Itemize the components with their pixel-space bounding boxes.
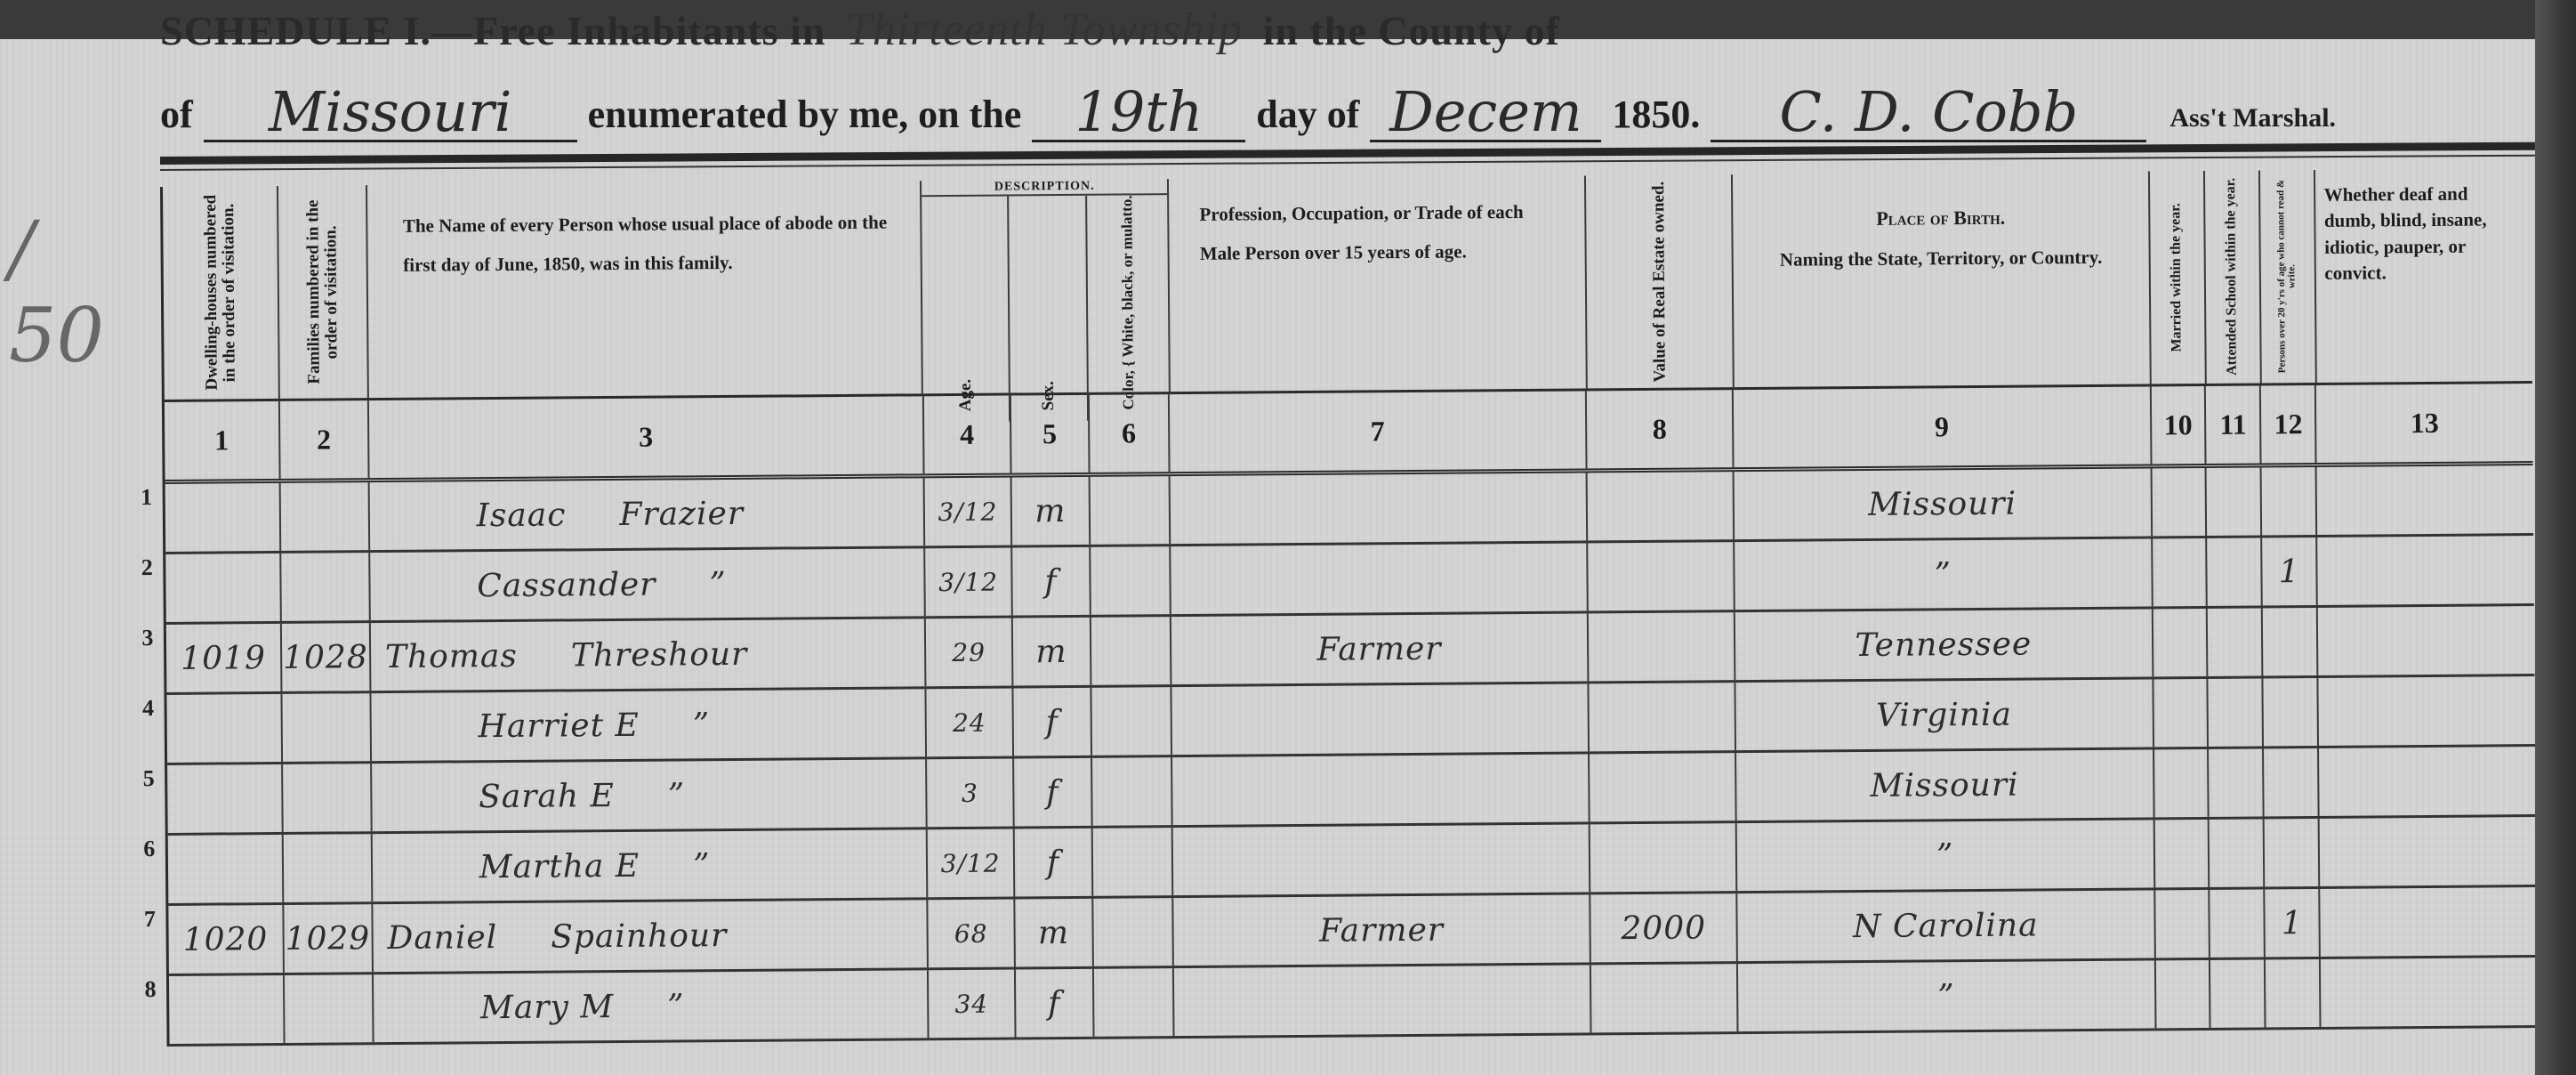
infirmity [2317, 465, 2533, 535]
person-name: Mary M” [374, 970, 930, 1042]
infirmity [2321, 887, 2537, 957]
family-number [284, 834, 373, 902]
illiterate-mark [2264, 678, 2320, 746]
col-number: 4 [924, 395, 1012, 473]
col-header-school: Attended School within the year. [2205, 170, 2262, 383]
col-header-infirmity: Whether deaf and dumb, blind, insane, id… [2314, 168, 2532, 383]
col-number: 1 [165, 401, 281, 480]
col-number: 9 [1734, 386, 2152, 467]
family-number [281, 553, 370, 621]
real-estate-value: 2000 [1591, 893, 1738, 962]
census-table: Dwelling-houses numbered in the order of… [160, 168, 2538, 1047]
township-handwritten: Thirteenth Township [846, 4, 1243, 55]
col-number: 8 [1587, 390, 1734, 468]
schedule-title: SCHEDULE I.—Free Inhabitants in [160, 8, 825, 53]
occupation: Farmer [1171, 613, 1590, 684]
col-header-married: Married within the year. [2150, 171, 2207, 384]
infirmity [2319, 676, 2535, 746]
of-label: of [160, 92, 193, 142]
married-mark [2154, 749, 2210, 817]
line-number: 2 [133, 554, 160, 581]
col-header-color: Color, { White, black, or mulatto. [1087, 195, 1169, 421]
given-name: Isaac [476, 497, 566, 534]
school-mark [2208, 608, 2264, 675]
surname: Threshour [571, 635, 748, 674]
col-header-illiterate: Persons over 20 y'rs of age who cannot r… [2260, 170, 2317, 383]
given-name: Mary M [480, 989, 615, 1026]
birthplace: N Carolina [1737, 890, 2155, 961]
illiterate-mark [2266, 959, 2322, 1027]
illiterate-mark: 1 [2263, 537, 2319, 605]
col-number: 6 [1090, 394, 1171, 473]
family-number [280, 482, 369, 551]
birthplace: ” [1735, 538, 2153, 610]
family-number [285, 974, 374, 1043]
line-number: 8 [137, 976, 164, 1003]
illiterate-mark [2264, 748, 2320, 816]
infirmity [2318, 606, 2534, 675]
line-number: 3 [134, 625, 161, 651]
real-estate-value [1590, 823, 1737, 892]
surname: ” [668, 777, 686, 813]
col-number: 5 [1011, 395, 1091, 473]
occupation: Farmer [1173, 894, 1591, 966]
birthplace: Tennessee [1735, 609, 2153, 680]
real-estate-value [1590, 753, 1736, 821]
married-mark [2153, 538, 2209, 606]
person-name: ThomasThreshour [371, 618, 927, 691]
given-name: Cassander [477, 566, 656, 604]
real-estate-value [1588, 542, 1735, 610]
occupation [1173, 824, 1591, 895]
enumerated-label: enumerated by me, on the [588, 92, 1022, 142]
dwelling-number [165, 483, 281, 552]
given-name: Daniel [387, 919, 497, 957]
col-number: 3 [369, 396, 925, 478]
birthplace: ” [1737, 820, 2155, 891]
sex: m [1015, 899, 1094, 967]
dwelling-number [169, 975, 285, 1044]
school-mark [2208, 537, 2264, 605]
day-of-label: day of [1256, 92, 1359, 142]
married-mark [2152, 468, 2208, 536]
married-mark [2154, 820, 2210, 887]
given-name: Sarah E [479, 778, 615, 815]
occupation [1171, 683, 1590, 755]
dwelling-number [167, 764, 283, 833]
col-header-family: Families numbered in the order of visita… [278, 185, 369, 399]
age: 3/12 [928, 828, 1015, 897]
real-estate-value [1590, 683, 1736, 751]
illiterate-mark [2263, 608, 2319, 675]
color [1091, 617, 1172, 685]
real-estate-value [1591, 964, 1738, 1032]
census-page: / 50 SCHEDULE I.—Free Inhabitants in Thi… [0, 0, 2535, 1075]
schedule-title-line: SCHEDULE I.—Free Inhabitants in Thirteen… [160, 4, 1560, 56]
infirmity [2317, 536, 2533, 605]
occupation [1171, 543, 1589, 614]
occupation [1170, 473, 1588, 544]
line-number: 4 [134, 695, 161, 722]
illiterate-mark [2265, 819, 2321, 886]
occupation [1174, 965, 1592, 1036]
col-header-name: The Name of every Person whose usual pla… [367, 181, 924, 398]
person-name: Harriet E” [371, 689, 927, 761]
given-name: Thomas [385, 637, 518, 675]
col-header-sex: Sex. [1009, 196, 1089, 422]
dwelling-number [168, 835, 284, 903]
family-number [283, 764, 372, 832]
col-number: 10 [2151, 386, 2207, 464]
surname: ” [693, 847, 711, 884]
sex: f [1015, 828, 1093, 897]
real-estate-value [1588, 472, 1735, 540]
col-number: 12 [2261, 385, 2317, 463]
day-field: 19th [1032, 85, 1245, 142]
margin-pencil-note: / 50 [9, 205, 89, 383]
surname: Frazier [619, 495, 744, 532]
real-estate-value [1589, 612, 1735, 681]
description-title: DESCRIPTION. [922, 179, 1167, 197]
color [1093, 828, 1173, 896]
surname: ” [709, 566, 727, 602]
married-mark [2155, 890, 2211, 958]
given-name: Harriet E [478, 707, 640, 744]
married-mark [2153, 679, 2210, 747]
col-number: 2 [280, 400, 370, 479]
school-mark [2209, 748, 2265, 816]
birthplace: ” [1738, 960, 2156, 1031]
color [1091, 546, 1171, 615]
birthplace: Virginia [1735, 679, 2153, 750]
sex: f [1016, 969, 1094, 1038]
col-header-occupation: Profession, Occupation, or Trade of each… [1169, 175, 1588, 392]
person-name: Cassander” [370, 548, 926, 620]
illiterate-mark: 1 [2266, 889, 2322, 957]
sex: f [1012, 547, 1091, 616]
line-number: 5 [135, 765, 162, 792]
color [1091, 476, 1171, 545]
state-field: Missouri [204, 85, 577, 142]
family-number [282, 693, 371, 762]
school-mark [2209, 678, 2265, 746]
surname: ” [693, 707, 711, 743]
description-group: DESCRIPTION. Age. Sex. Color, { White, b… [922, 179, 1171, 393]
column-headers: Dwelling-houses numbered in the order of… [163, 168, 2532, 402]
age: 3/12 [925, 547, 1012, 616]
enumeration-line: of Missouri enumerated by me, on the 19t… [160, 62, 2517, 142]
line-number: 6 [136, 836, 163, 862]
family-number: 1029 [284, 904, 373, 973]
book-spine-shadow [2535, 0, 2576, 1075]
dwelling-number: 1020 [168, 905, 284, 974]
illiterate-mark [2262, 467, 2318, 535]
county-label: in the County of [1263, 8, 1560, 53]
birthplace: Missouri [1736, 749, 2154, 820]
month-field: Decem [1370, 85, 1601, 142]
surname: ” [667, 988, 685, 1024]
year-label: 1850. [1612, 92, 1700, 142]
sex: m [1012, 477, 1091, 546]
person-name: IsaacFrazier [369, 478, 925, 550]
married-mark [2155, 960, 2211, 1028]
infirmity [2319, 747, 2535, 816]
given-name: Martha E [479, 847, 640, 885]
color [1094, 968, 1174, 1037]
age: 3/12 [925, 477, 1012, 546]
dwelling-number: 1019 [166, 624, 282, 692]
col-number: 11 [2206, 385, 2262, 463]
marshal-title: Ass't Marshal. [2169, 103, 2336, 142]
col-header-real-estate: Value of Real Estate owned. [1586, 174, 1735, 388]
sex: m [1013, 618, 1092, 686]
sex: f [1014, 758, 1092, 827]
line-number: 7 [136, 906, 163, 933]
color [1091, 687, 1171, 756]
school-mark [2207, 467, 2263, 535]
col-header-age: Age. [922, 197, 1010, 423]
infirmity [2321, 958, 2537, 1027]
col-number: 13 [2316, 384, 2532, 463]
col-header-dwelling: Dwelling-houses numbered in the order of… [163, 186, 280, 400]
person-name: Martha E” [372, 829, 928, 901]
marshal-signature: C. D. Cobb [1711, 85, 2146, 142]
infirmity [2320, 817, 2536, 886]
school-mark [2210, 819, 2266, 886]
dwelling-number [165, 554, 281, 622]
family-number: 1028 [282, 623, 371, 691]
col-header-birthplace: Place of Birth. Naming the State, Territ… [1733, 171, 2152, 387]
dwelling-number [166, 694, 282, 763]
school-mark [2210, 889, 2266, 957]
color [1093, 898, 1174, 966]
occupation [1172, 754, 1590, 825]
color [1092, 757, 1172, 826]
line-number: 1 [133, 484, 160, 511]
person-name: DanielSpainhour [373, 900, 929, 972]
surname: Spainhour [551, 917, 727, 956]
age: 34 [929, 969, 1016, 1038]
birthplace: Missouri [1735, 468, 2153, 539]
age: 24 [927, 688, 1014, 756]
age: 3 [927, 758, 1014, 827]
person-name: Sarah E” [372, 759, 928, 831]
married-mark [2153, 609, 2209, 676]
school-mark [2210, 959, 2266, 1027]
col-number: 7 [1170, 391, 1588, 472]
sex: f [1013, 688, 1091, 756]
age: 29 [926, 618, 1013, 686]
age: 68 [928, 899, 1015, 967]
